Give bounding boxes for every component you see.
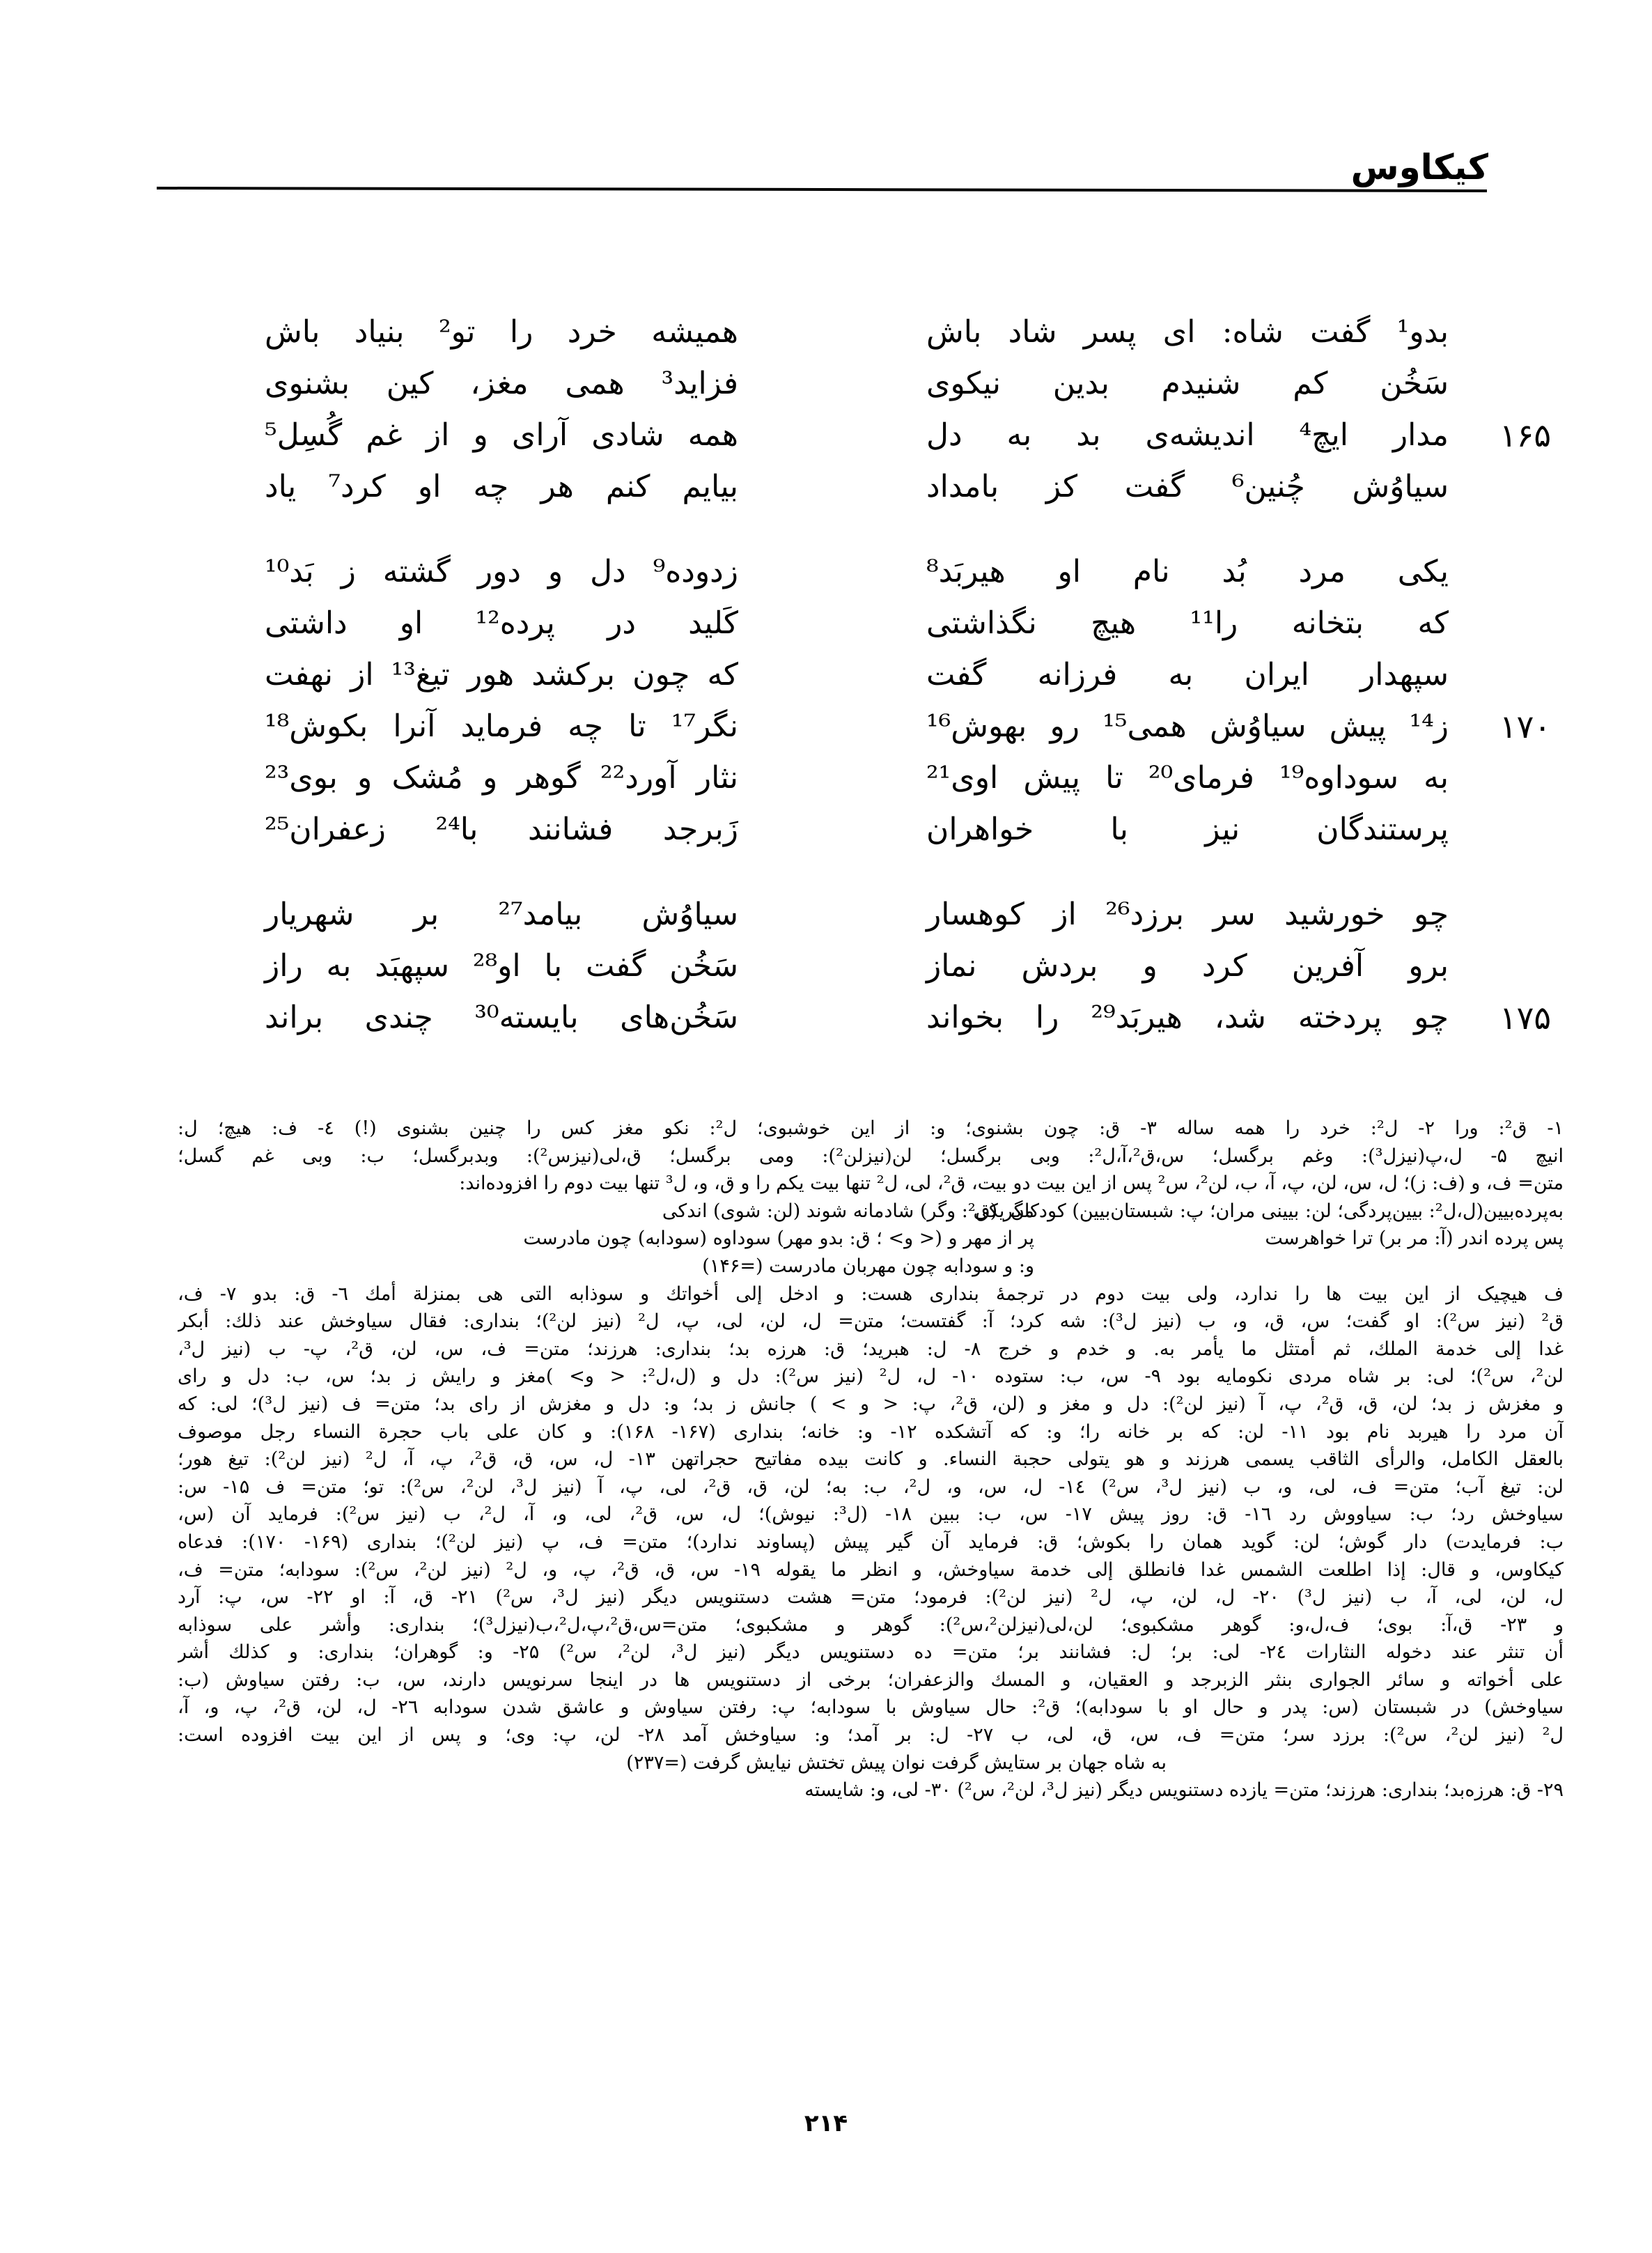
hemistich-first: سپهدار ایران به فرزانه گفت [926, 649, 1449, 701]
couplet: سَخُن کم شنیدم بدین نیکوی فزاید³ همی مغز… [265, 358, 1567, 410]
footnotes: ۱- ق²: ورا ۲- ل²: خرد را همه ساله ۳- ق: … [178, 1115, 1564, 1804]
hemistich-second: همه شادی آرای و از غم گُسِل⁵ [265, 410, 738, 461]
couplet: به سوداوه¹⁹ فرمای²⁰ تا پیش اوی²¹ نثار آو… [265, 752, 1567, 804]
hemistich-first: سَخُن کم شنیدم بدین نیکوی [926, 358, 1449, 410]
couplet: پرستندگان نیز با خواهران زَبرجد فشانند ب… [265, 804, 1567, 855]
variant-hemistich-second: و: و سودابه چون مهربان مادرست (=۱۴۶) [533, 1253, 1034, 1280]
hemistich-first: بدو¹ گفت شاه: ای پسر شاد باش [926, 307, 1449, 358]
hemistich-second: سَخُن‌های بایسته³⁰ چندی براند [265, 992, 738, 1044]
footnote-line: ف هیچیک از این بیت ها را ندارد، ولی بیت … [178, 1280, 1564, 1308]
footnote-line: و مغزش ز بد؛ لن، ق، ق²، پ، آ (نیز لن²): … [178, 1391, 1564, 1418]
hemistich-first: برو آفرین کرد و بردش نماز [926, 940, 1449, 992]
hemistich-second: نثار آورد²² گوهر و مُشک و بوی²³ [265, 752, 738, 804]
hemistich-second: کَلید در پرده¹² او داشتی [265, 598, 738, 649]
couplet: که بتخانه را¹¹ هیچ نگذاشتی کَلید در پرده… [265, 598, 1567, 649]
footnote-line: ل² (نیز لن²، س²): برزد سر؛ متن= ف، س، ق،… [178, 1721, 1564, 1749]
footnote-line: غدا إلی خدمة الملك، ثم أمتثل ما یأمر به.… [178, 1335, 1564, 1363]
footnote-line: متن= ف، و (ف: ز)؛ ل، س، لن، پ، آ، ب، لن²… [178, 1170, 1564, 1198]
variant-hemistich-second: مگر (ق²: وگر) شادمانه شوند (لن: شوی) اند… [533, 1198, 1034, 1225]
footnote-variant-couplet: به‌پرده‌بیین(ل،ل²: بیین‌پردگی؛ لن: بیینی… [178, 1198, 1564, 1225]
hemistich-first: سیاوُش چُنین⁶ گفت کز بامداد [926, 461, 1449, 513]
couplet: ۱۷۰ ز¹⁴ پیش سیاوُش همی¹⁵ رو بهوش¹⁶ نگر¹⁷… [265, 701, 1567, 752]
couplet: سپهدار ایران به فرزانه گفت که چون برکشد … [265, 649, 1567, 701]
footnote-line: لن²، س²)؛ لی: بر شاه مردی نکومایه بود ۹-… [178, 1363, 1564, 1391]
couplet: چو خورشید سر برزد²⁶ از کوهسار سیاوُش بیا… [265, 889, 1567, 940]
variant-hemistich-first: به‌پرده‌بیین(ل،ل²: بیین‌پردگی؛ لن: بیینی… [1076, 1198, 1564, 1225]
hemistich-first: چو پردخته شد، هیربَد²⁹ را بخواند [926, 992, 1449, 1044]
couplet: ۱۷۵ چو پردخته شد، هیربَد²⁹ را بخواند سَخ… [265, 992, 1567, 1044]
footnote-line: ۲۹- ق: هرزه‌بد؛ بنداری: هرزند؛ متن= یازد… [178, 1776, 1564, 1804]
hemistich-first: چو خورشید سر برزد²⁶ از کوهسار [926, 889, 1449, 940]
hemistich-first: به سوداوه¹⁹ فرمای²⁰ تا پیش اوی²¹ [926, 752, 1449, 804]
couplet: برو آفرین کرد و بردش نماز سَخُن گفت با ا… [265, 940, 1567, 992]
variant-hemistich-second: پر از مهر و (< و> ؛ ق: بدو مهر) سوداوه (… [533, 1225, 1034, 1253]
footnote-line: انیچ ۵- ل،پ(نیزل³): وغم برگسل؛ س،ق²،آ،ل²… [178, 1143, 1564, 1170]
hemistich-second: که چون برکشد هور تیغ¹³ از نهفت [265, 649, 738, 701]
footnote-line: سیاوخش) در شبستان (س: پدر و حال او با سو… [178, 1694, 1564, 1721]
hemistich-second: همیشه خرد را تو² بنیاد باش [265, 307, 738, 358]
hemistich-second: زدوده⁹ دل و دور گشته ز بَد¹⁰ [265, 546, 738, 598]
hemistich-first: یکی مرد بُد نام او هیربَد⁸ [926, 546, 1449, 598]
footnote-line: سیاوخش رد؛ ب: سیاووش رد ۱٦- ق: روز پیش ۱… [178, 1501, 1564, 1528]
header-rule [157, 187, 1487, 192]
verse-number: ۱۶۵ [1483, 410, 1567, 461]
footnote-line: ۱- ق²: ورا ۲- ل²: خرد را همه ساله ۳- ق: … [178, 1115, 1564, 1143]
footnote-line: و ۲۳- ق،آ: بوی؛ ف،ل،و: گوهر مشکبوی؛ لن،ل… [178, 1611, 1564, 1639]
footnote-line: کیکاوس، و قال: إذا اطلعت الشمس غدا فانطل… [178, 1556, 1564, 1584]
hemistich-first: که بتخانه را¹¹ هیچ نگذاشتی [926, 598, 1449, 649]
hemistich-second: زَبرجد فشانند با²⁴ زعفران²⁵ [265, 804, 738, 855]
footnote-added-couplet: به شاه جهان بر ستایش گرفت نوان پیش تختش … [178, 1749, 1564, 1777]
footnote-line: ل، لن، لی، آ، ب (نیز ل³) ۲۰- ل، لن، پ، ل… [178, 1584, 1564, 1611]
footnote-line: لن: تیغ آب؛ متن= ف، لی، و، ب (نیز ل³، س²… [178, 1473, 1564, 1501]
running-head-title: کیکاوس [1351, 150, 1488, 185]
footnote-line: ب: فرمایدت) دار گوش؛ لن: گوید همان را بک… [178, 1528, 1564, 1556]
couplet: ۱۶۵ مدار ایچ⁴ اندیشه‌ی بد به دل همه شادی… [265, 410, 1567, 461]
verse-number: ۱۷۰ [1483, 701, 1567, 752]
couplet: یکی مرد بُد نام او هیربَد⁸ زدوده⁹ دل و د… [265, 546, 1567, 598]
stanza: چو خورشید سر برزد²⁶ از کوهسار سیاوُش بیا… [265, 889, 1567, 1044]
footnote-line: علی أخواته و سائر الجواری بنثر الزبرجد و… [178, 1666, 1564, 1694]
hemistich-second: سیاوُش بیامد²⁷ بر شهریار [265, 889, 738, 940]
hemistich-first: مدار ایچ⁴ اندیشه‌ی بد به دل [926, 410, 1449, 461]
footnote-variant-couplet: پس پرده اندر (آ: مر بر) ترا خواهرست پر ا… [178, 1225, 1564, 1253]
page-number: ۲۱۴ [0, 2109, 1652, 2137]
stanza: یکی مرد بُد نام او هیربَد⁸ زدوده⁹ دل و د… [265, 546, 1567, 855]
footnote-line: ق² (نیز س²): او گفت؛ س، ق، و، ب (نیز ل³)… [178, 1308, 1564, 1335]
hemistich-second: فزاید³ همی مغز، کین بشنوی [265, 358, 738, 410]
variant-hemistich-first [1076, 1253, 1564, 1280]
hemistich-second: سَخُن گفت با او²⁸ سپهبَد به راز [265, 940, 738, 992]
footnote-variant-couplet: و: و سودابه چون مهربان مادرست (=۱۴۶) [178, 1253, 1564, 1280]
couplet: سیاوُش چُنین⁶ گفت کز بامداد بیایم کنم هر… [265, 461, 1567, 513]
hemistich-second: نگر¹⁷ تا چه فرماید آنرا بکوش¹⁸ [265, 701, 738, 752]
stanza: بدو¹ گفت شاه: ای پسر شاد باش همیشه خرد ر… [265, 307, 1567, 513]
footnote-line: آن مرد را هیربد نام بود ۱۱- لن: که بر خا… [178, 1418, 1564, 1446]
footnote-line: أن تنثر عند دخوله النثارات ٢٤- لی: بر؛ ل… [178, 1639, 1564, 1666]
verse-body: بدو¹ گفت شاه: ای پسر شاد باش همیشه خرد ر… [265, 307, 1567, 1077]
footnote-line: بالعقل الکامل، والرأی الثاقب یسمی هرزند … [178, 1446, 1564, 1473]
hemistich-second: بیایم کنم هر چه او کرد⁷ یاد [265, 461, 738, 513]
hemistich-first: ز¹⁴ پیش سیاوُش همی¹⁵ رو بهوش¹⁶ [926, 701, 1449, 752]
couplet: بدو¹ گفت شاه: ای پسر شاد باش همیشه خرد ر… [265, 307, 1567, 358]
hemistich-first: پرستندگان نیز با خواهران [926, 804, 1449, 855]
verse-number: ۱۷۵ [1483, 992, 1567, 1044]
variant-hemistich-first: پس پرده اندر (آ: مر بر) ترا خواهرست [1076, 1225, 1564, 1253]
